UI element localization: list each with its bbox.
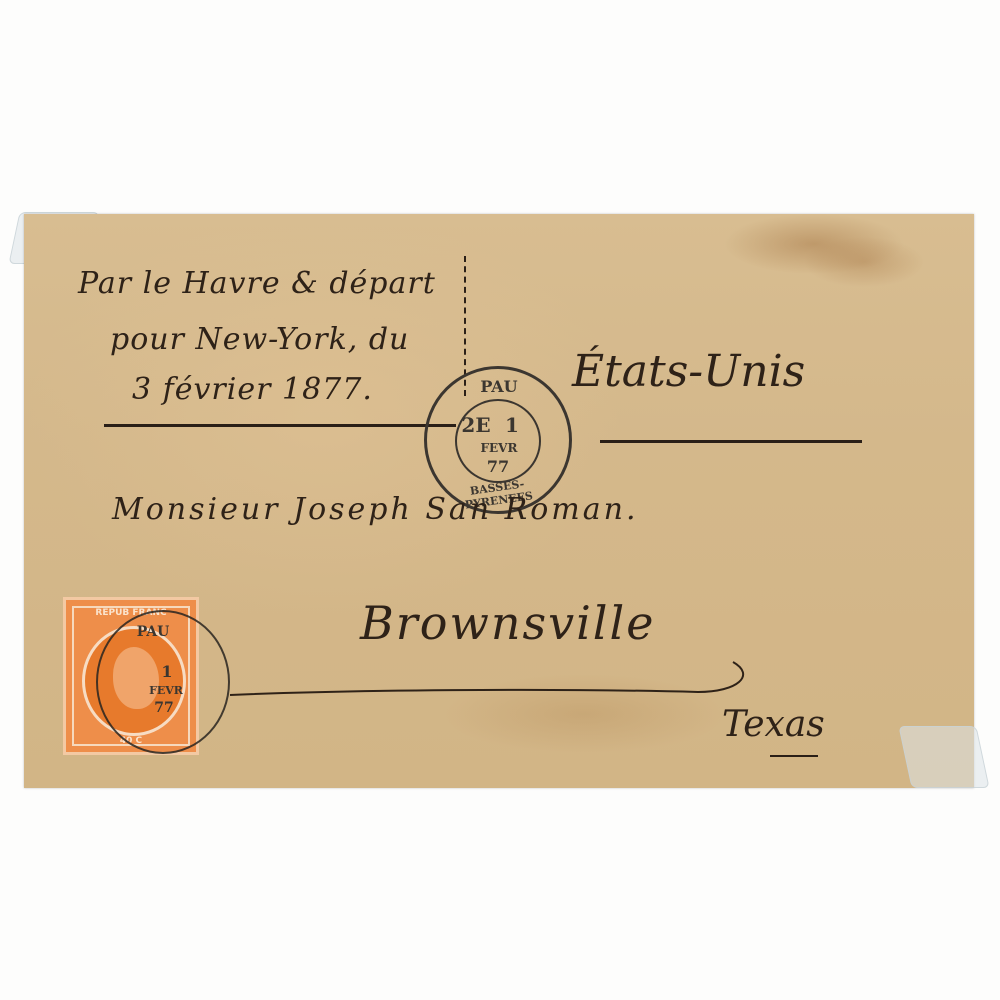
state-underline (770, 755, 818, 757)
cancel-year: 77 (144, 700, 184, 716)
routing-note-line-3: 3 février 1877. (132, 372, 373, 407)
cancel-month: FEVR (138, 684, 194, 697)
cancel-day: 1 (152, 662, 182, 681)
city-flourish (228, 650, 758, 700)
address-state: Texas (722, 704, 825, 745)
postmark-month: FEVR (467, 441, 531, 455)
postmark-stamp-cancel: PAU 1 FEVR 77 (96, 610, 230, 754)
routing-note-line-2: pour New-York, du (110, 322, 409, 357)
mount-corner-bottom-right (898, 726, 989, 788)
address-city: Brownsville (360, 596, 655, 650)
postmark-collection: 2E (461, 413, 491, 437)
country-underline (600, 440, 862, 443)
routing-note-line-1: Par le Havre & départ (78, 266, 436, 301)
address-recipient: Monsieur Joseph San Roman. (112, 492, 638, 527)
postmark-town: PAU (469, 377, 529, 396)
postmark-day: 1 (497, 413, 527, 437)
postmark-year: 77 (473, 457, 523, 476)
routing-note-underline (104, 424, 456, 427)
cancel-town: PAU (128, 624, 178, 640)
address-country: États-Unis (572, 346, 805, 397)
